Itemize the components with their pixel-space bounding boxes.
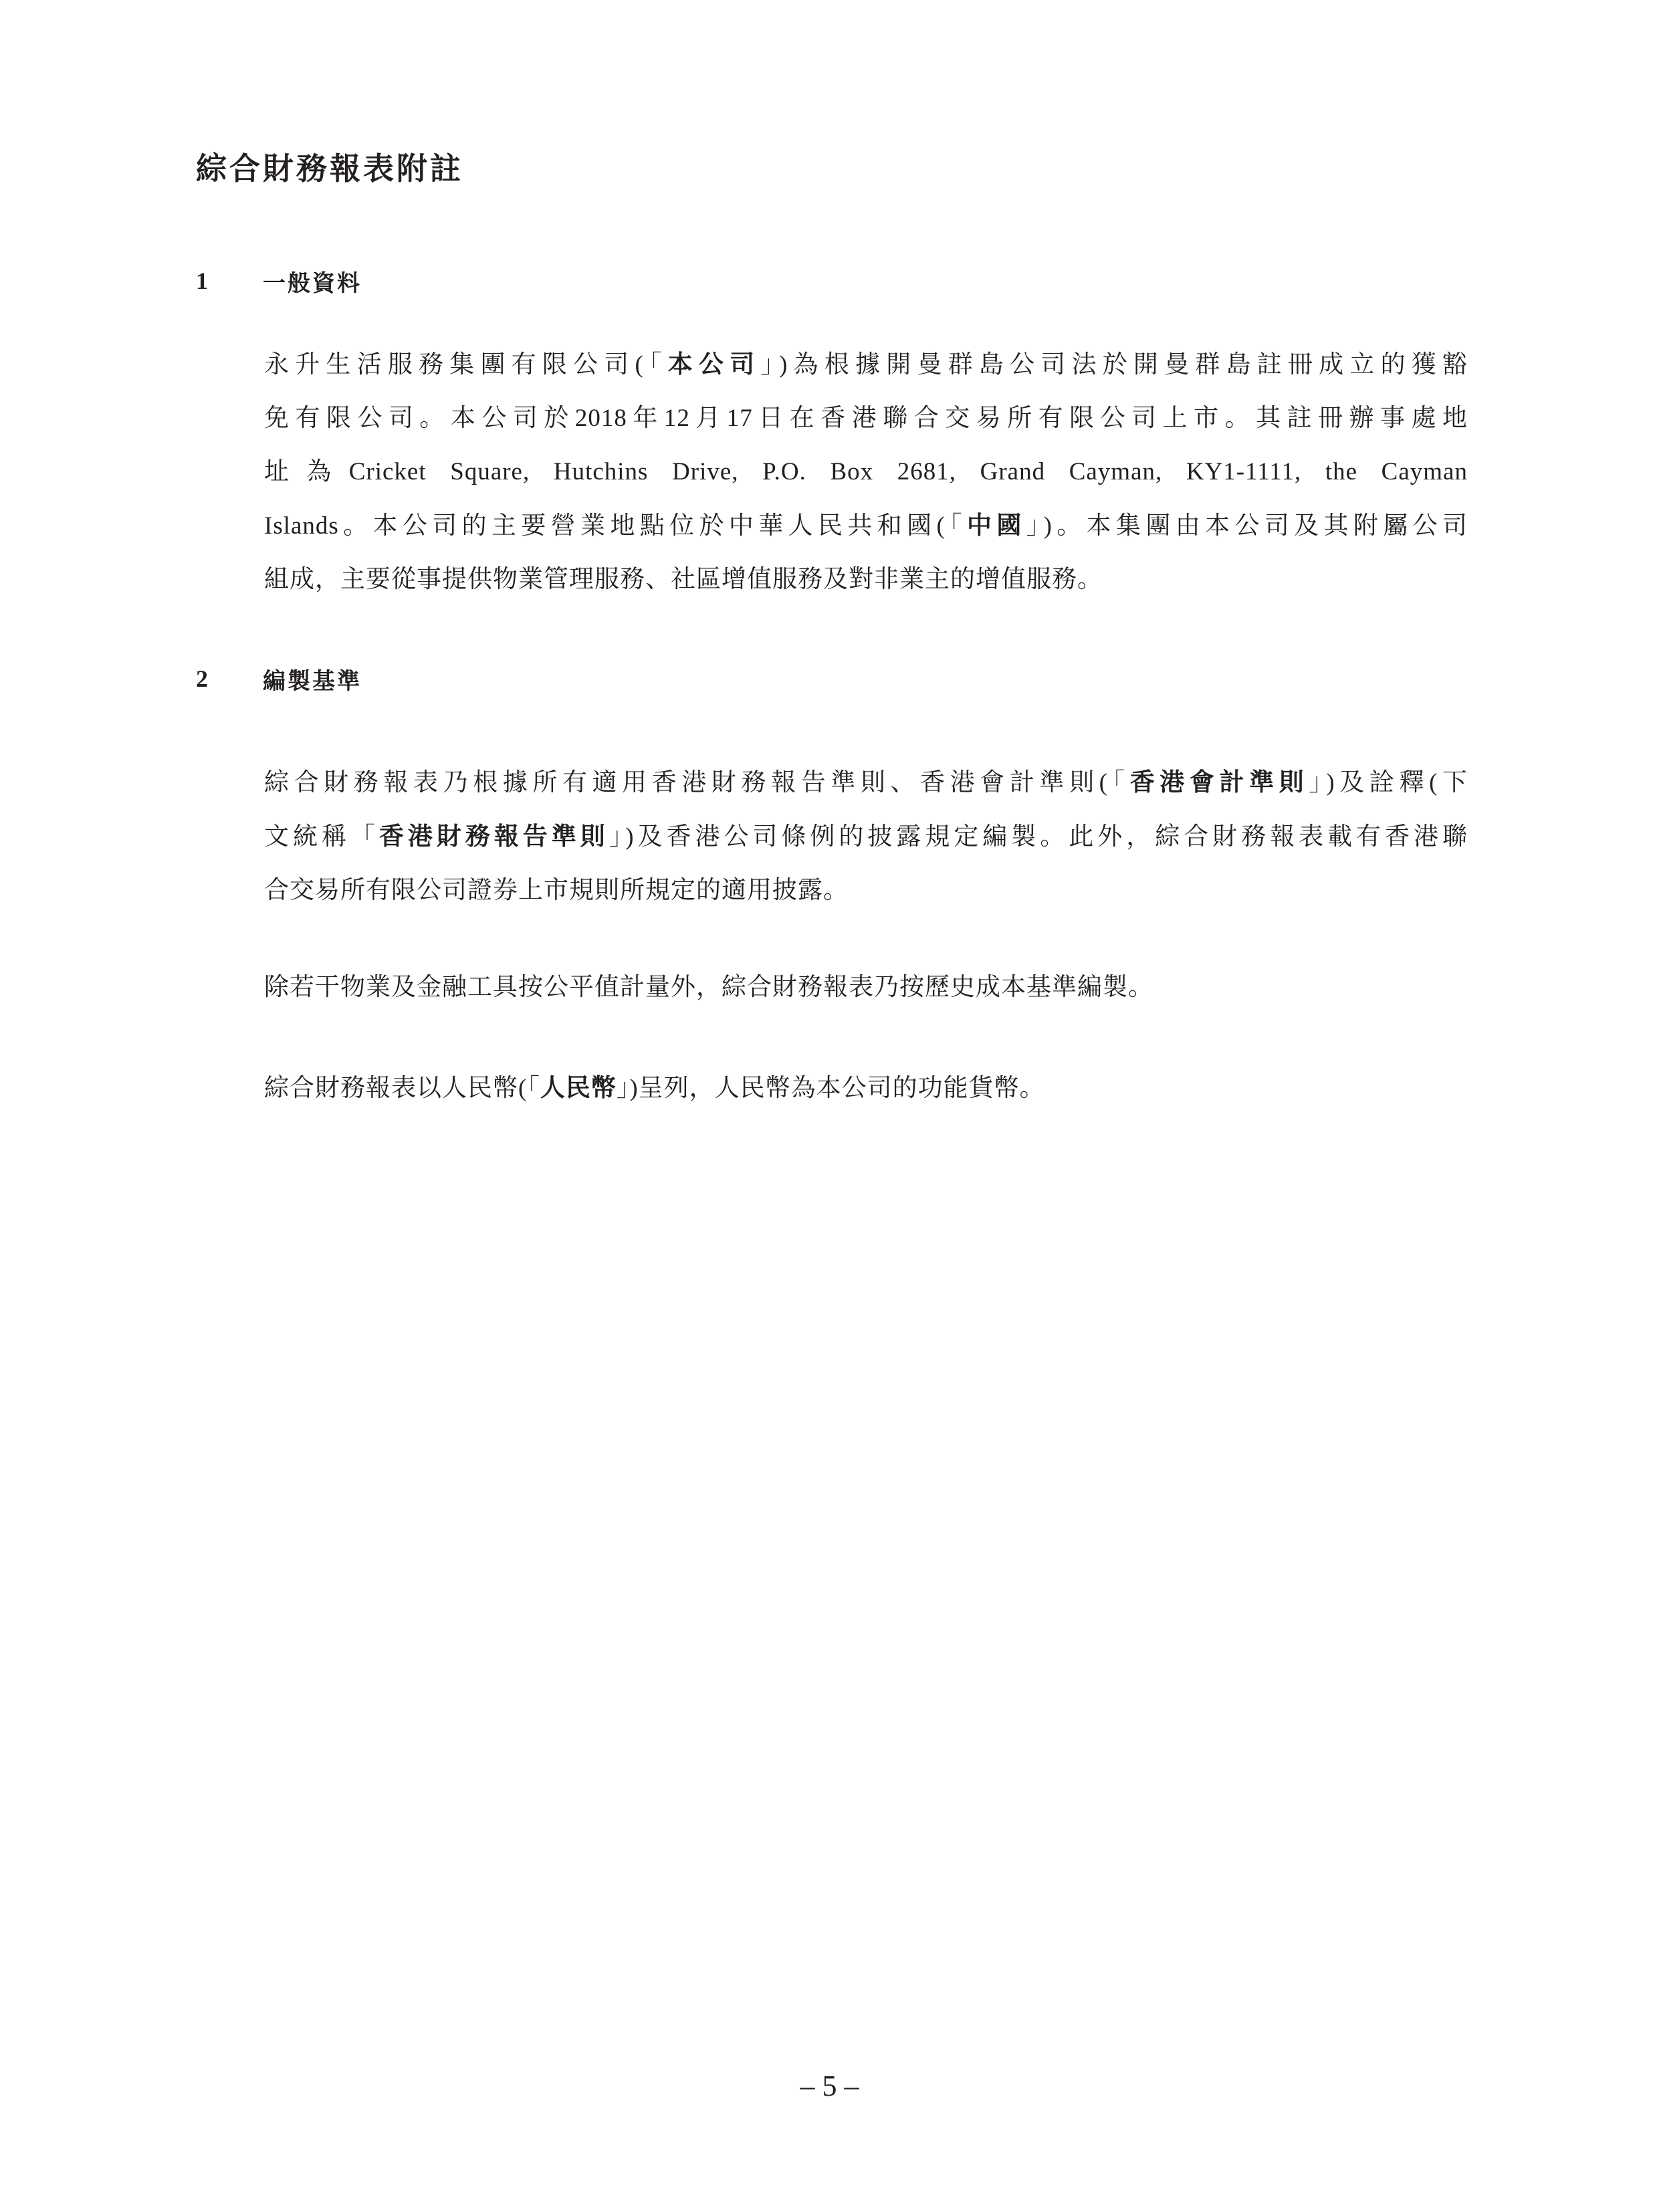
paragraph-line: Islands。本公司的主要營業地點位於中華人民共和國(「中國」)。本集團由本公…: [264, 499, 1468, 553]
section-title: 一般資料: [263, 265, 362, 298]
section-number: 2: [196, 665, 263, 693]
defined-term: 人民幣: [540, 1073, 617, 1102]
section-heading-general-information: 1 一般資料: [196, 264, 362, 298]
paragraph-general-information: 永升生活服務集團有限公司(「本公司」)為根據開曼群島公司法於開曼群島註冊成立的獲…: [264, 338, 1468, 606]
defined-term: 本公司: [668, 350, 761, 378]
paragraph-line: 永升生活服務集團有限公司(「本公司」)為根據開曼群島公司法於開曼群島註冊成立的獲…: [264, 338, 1468, 392]
paragraph-functional-currency: 綜合財務報表以人民幣(「人民幣」)呈列，人民幣為本公司的功能貨幣。: [264, 1061, 1468, 1115]
paragraph-line: 免有限公司。本公司於2018年12月17日在香港聯合交易所有限公司上市。其註冊辦…: [264, 392, 1468, 445]
defined-term: 香港會計準則: [1130, 768, 1309, 796]
defined-term: 香港財務報告準則: [379, 822, 609, 851]
section-heading-basis-of-preparation: 2 編製基準: [196, 662, 362, 695]
section-number: 1: [196, 267, 263, 295]
section-title: 編製基準: [263, 663, 362, 695]
paragraph-line: 文統稱「香港財務報告準則」)及香港公司條例的披露規定編製。此外，綜合財務報表載有…: [264, 810, 1468, 864]
paragraph-measurement-basis: 除若干物業及金融工具按公平值計量外，綜合財務報表乃按歷史成本基準編製。: [264, 961, 1468, 1014]
page-title: 綜合財務報表附註: [196, 148, 463, 189]
paragraph-line: 組成，主要從事提供物業管理服務、社區增值服務及對非業主的增值服務。: [264, 553, 1468, 606]
paragraph-line: 綜合財務報表以人民幣(「人民幣」)呈列，人民幣為本公司的功能貨幣。: [264, 1061, 1468, 1115]
paragraph-line: 除若干物業及金融工具按公平值計量外，綜合財務報表乃按歷史成本基準編製。: [264, 961, 1468, 1014]
paragraph-line: 址為Cricket Square, Hutchins Drive, P.O. B…: [264, 445, 1468, 499]
paragraph-line: 合交易所有限公司證券上市規則所規定的適用披露。: [264, 864, 1468, 917]
defined-term: 中國: [967, 511, 1026, 540]
paragraph-compliance-statement: 綜合財務報表乃根據所有適用香港財務報告準則、香港會計準則(「香港會計準則」)及詮…: [264, 756, 1468, 917]
paragraph-line: 綜合財務報表乃根據所有適用香港財務報告準則、香港會計準則(「香港會計準則」)及詮…: [264, 756, 1468, 810]
page-number: – 5 –: [0, 2068, 1659, 2105]
